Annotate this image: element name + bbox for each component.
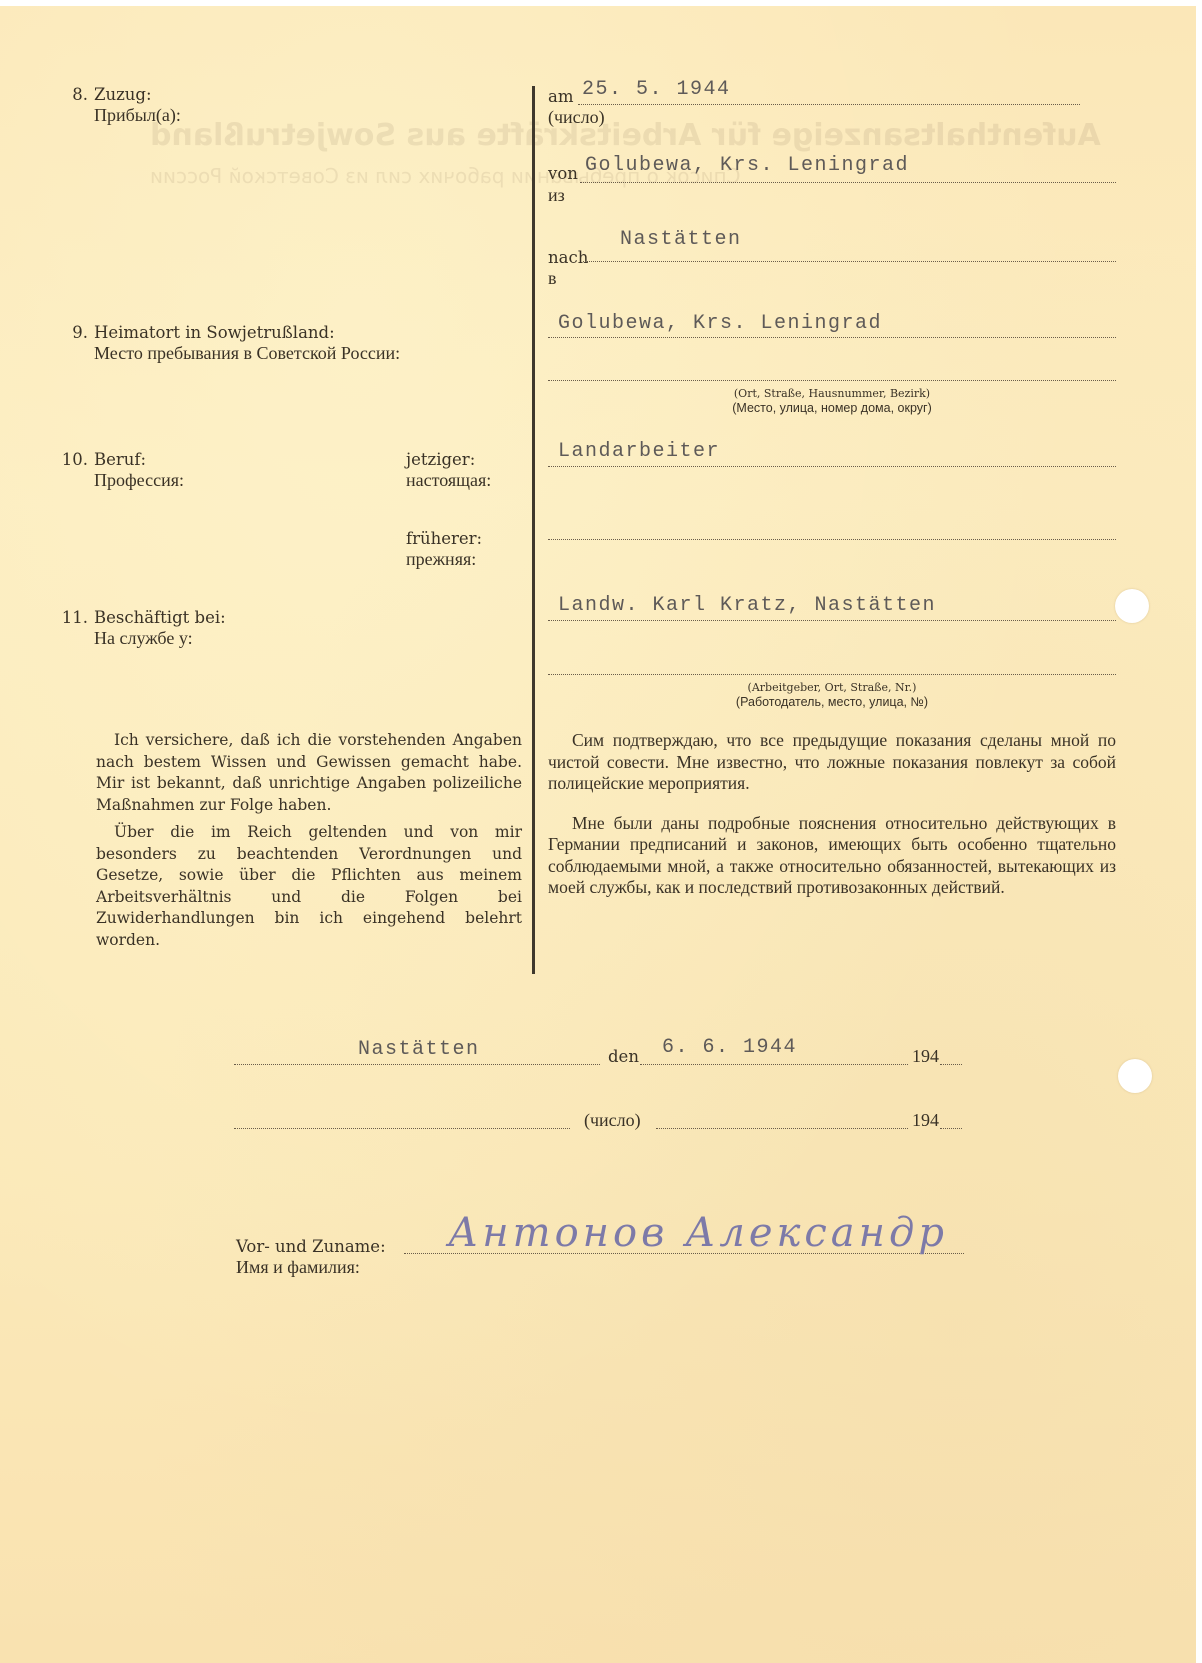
declaration-ru-paragraph2: Мне были даны подробные пояснения относи… [548,813,1116,899]
column-divider [532,86,535,974]
section8-label: 8.Zuzug: Прибыл(а): [58,84,181,126]
section10-label-ru: Профессия: [58,470,184,491]
declaration-de-paragraph2: Über die im Reich geltenden und von mir … [96,822,522,951]
ru-year-prefix: 194 [912,1110,939,1131]
former-profession-label: früherer: прежняя: [406,528,482,570]
section11-label-de: Beschäftigt bei: [94,608,226,627]
signature-field[interactable]: Антонов Александр [448,1210,948,1256]
current-profession-label: jetziger: настоящая: [406,449,491,491]
place-line [234,1064,600,1065]
from-prefix-ru: из [548,185,565,206]
homeplace-line1 [548,337,1116,338]
current-profession-label-ru: настоящая: [406,470,491,491]
bleed-through-heading: Aufenthaltsanzeige für Arbeitskräfte aus… [150,118,1101,153]
section9-label-ru: Место пребывания в Советской России: [58,343,400,364]
employer-line1 [548,620,1116,621]
declaration-ru-paragraph1: Сим подтверждаю, что все предыдущие пока… [548,730,1116,795]
signature-label-de: Vor- und Zuname: [236,1236,386,1257]
to-prefix-ru: в [548,268,557,289]
ru-date-caption: (число) [584,1110,641,1131]
homeplace-caption-de: (Ort, Straße, Hausnummer, Bezirk) [548,387,1116,401]
section10-label-de: Beruf: [94,450,146,469]
homeplace-line2 [548,380,1116,381]
arrival-date-field[interactable]: 25. 5. 1944 [582,78,731,101]
employer-caption-de: (Arbeitgeber, Ort, Straße, Nr.) [548,681,1116,695]
signing-date-field[interactable]: 6. 6. 1944 [662,1036,797,1059]
ru-date-line [656,1128,908,1129]
punch-hole-lower [1118,1059,1152,1093]
punch-hole-upper [1115,589,1149,623]
section10-label: 10.Beruf: Профессия: [58,449,184,491]
section8-label-de: Zuzug: [94,85,152,104]
arrival-date-prefix: am [548,86,573,107]
homeplace-caption-ru: (Место, улица, номер дома, округ) [548,401,1116,415]
current-profession-line [548,466,1116,467]
year-prefix: 194 [912,1046,939,1067]
signature-label: Vor- und Zuname: Имя и фамилия: [236,1236,386,1278]
section10-number: 10. [58,449,88,470]
section9-number: 9. [58,322,88,343]
employer-caption-ru: (Работодатель, место, улица, №) [548,695,1116,709]
section8-number: 8. [58,84,88,105]
former-profession-line [548,539,1116,540]
section11-label-ru: На службе у: [58,628,226,649]
section8-label-ru: Прибыл(а): [58,105,181,126]
current-profession-label-de: jetziger: [406,449,491,470]
ru-place-line [234,1128,570,1129]
to-line [583,261,1116,262]
arrival-date-line [578,104,1080,105]
to-field[interactable]: Nastätten [620,228,742,251]
section9-label: 9.Heimatort in Sowjetrußland: Место преб… [58,322,400,364]
declaration-de: Ich versichere, daß ich die vorstehenden… [96,730,522,951]
arrival-date-caption: (число) [548,107,605,128]
place-field[interactable]: Nastätten [358,1038,480,1061]
former-profession-label-ru: прежняя: [406,549,482,570]
ru-year-line [940,1128,962,1129]
from-field[interactable]: Golubewa, Krs. Leningrad [585,154,909,177]
to-prefix-de: nach [548,247,588,268]
section11-label: 11.Beschäftigt bei: На службе у: [58,607,226,649]
section11-number: 11. [58,607,88,628]
year-line [940,1064,962,1065]
from-line [580,182,1116,183]
declaration-ru: Сим подтверждаю, что все предыдущие пока… [548,730,1116,899]
employer-line2 [548,674,1116,675]
document-page: Aufenthaltsanzeige für Arbeitskräfte aus… [0,6,1196,1663]
current-profession-field[interactable]: Landarbeiter [558,440,720,463]
section9-label-de: Heimatort in Sowjetrußland: [94,323,335,342]
signature-label-ru: Имя и фамилия: [236,1257,386,1278]
employer-field-line1[interactable]: Landw. Karl Kratz, Nastätten [558,594,936,617]
declaration-de-paragraph1: Ich versichere, daß ich die vorstehenden… [96,730,522,816]
homeplace-field-line1[interactable]: Golubewa, Krs. Leningrad [558,312,882,335]
signing-date-line [640,1064,908,1065]
den-label: den [608,1046,639,1067]
former-profession-label-de: früherer: [406,528,482,549]
from-prefix-de: von [548,163,578,184]
